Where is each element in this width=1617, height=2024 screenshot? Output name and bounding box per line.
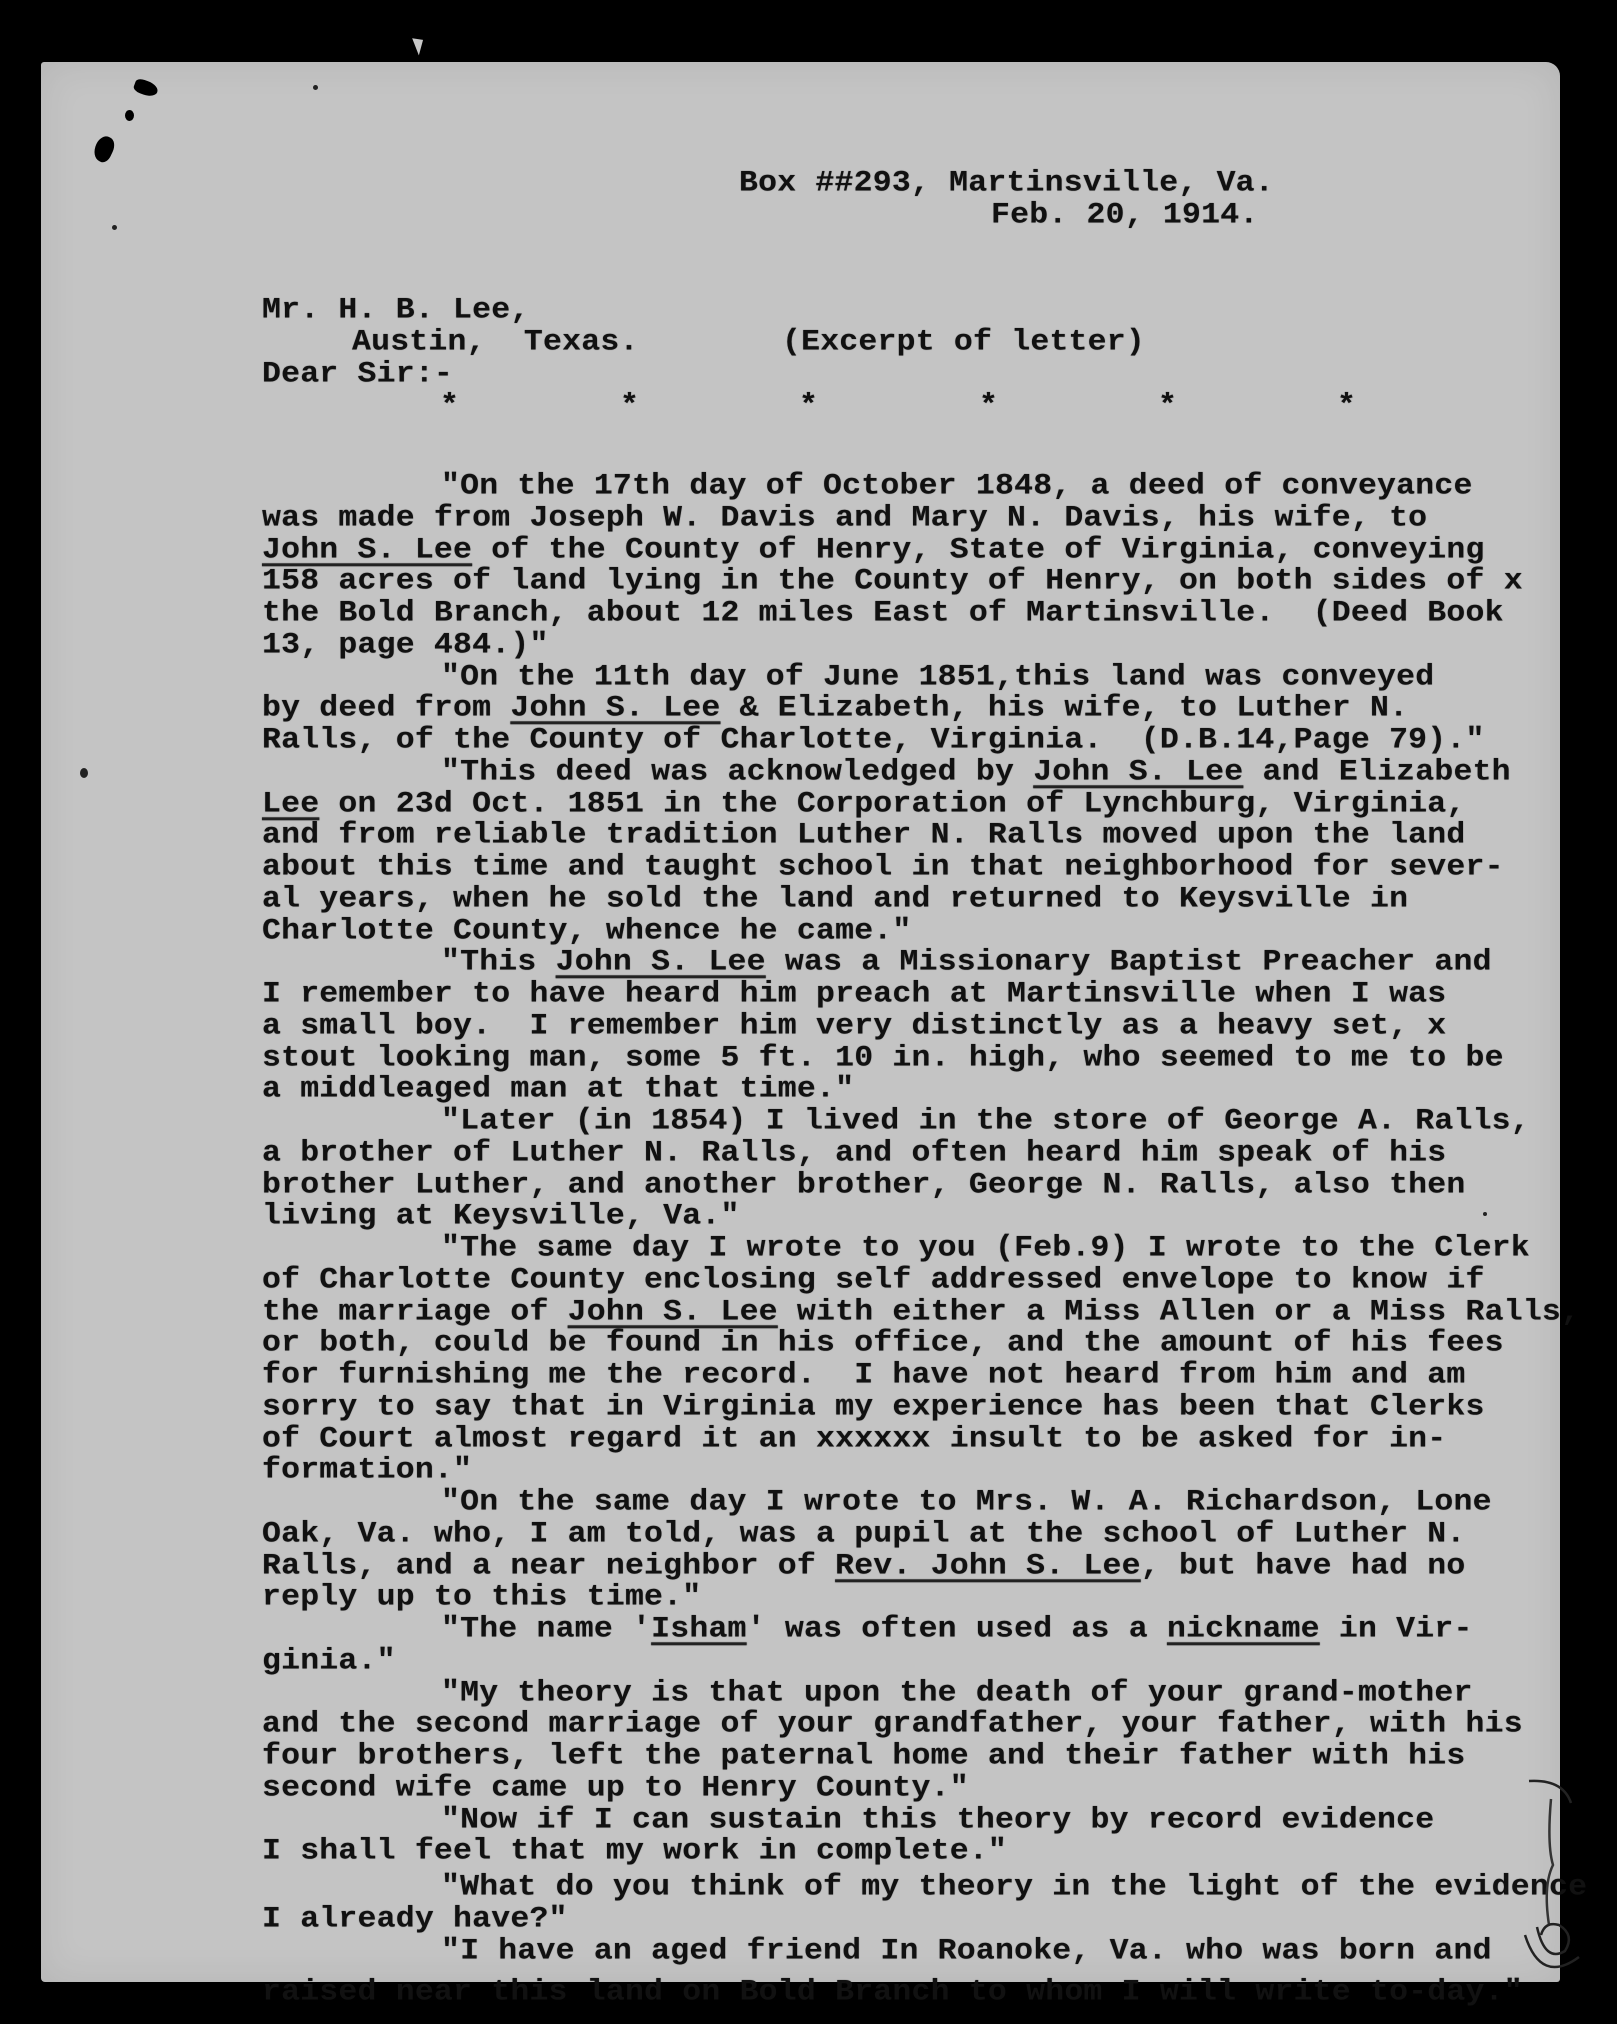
underlined-name: Lee: [262, 787, 319, 820]
letter-line: "This deed was acknowledged by John S. L…: [441, 758, 1511, 788]
line-text: was made from Joseph W. Davis and Mary N…: [262, 502, 1427, 535]
line-text: in Vir-: [1320, 1613, 1473, 1646]
letter-line: a brother of Luther N. Ralls, and often …: [262, 1139, 1446, 1169]
letter-line: Charlotte County, whence he came.": [262, 916, 912, 946]
line-text: "Later (in 1854) I lived in the store of…: [441, 1105, 1530, 1138]
separator-asterisk: *: [440, 392, 459, 422]
letter-line: "The name 'Isham' was often used as a ni…: [441, 1615, 1473, 1645]
line-text: "This deed was acknowledged by: [441, 756, 1033, 789]
letter-line: of Court almost regard it an xxxxxx insu…: [262, 1424, 1446, 1454]
letter-line: of Charlotte County enclosing self addre…: [262, 1266, 1485, 1296]
underlined-name: John S. Lee: [1033, 756, 1243, 789]
letter-line: John S. Lee of the County of Henry, Stat…: [262, 535, 1485, 565]
underlined-name: John S. Lee: [262, 533, 472, 566]
underlined-name: John S. Lee: [556, 946, 766, 979]
letter-line: by deed from John S. Lee & Elizabeth, hi…: [262, 694, 1408, 724]
letter-line: raised near this land on Bold Branch to …: [262, 1978, 1523, 2008]
line-text: a middleaged man at that time.": [262, 1073, 854, 1106]
letter-line: the Bold Branch, about 12 miles East of …: [262, 599, 1504, 629]
line-text: and Elizabeth: [1243, 756, 1510, 789]
letter-line: was made from Joseph W. Davis and Mary N…: [262, 504, 1427, 534]
letter-line: 13, page 484.)": [262, 631, 549, 661]
letter-line: I already have?": [262, 1905, 568, 1935]
line-text: a brother of Luther N. Ralls, and often …: [262, 1137, 1446, 1170]
letter-line: "The same day I wrote to you (Feb.9) I w…: [441, 1234, 1530, 1264]
line-text: "On the 17th day of October 1848, a deed…: [441, 470, 1473, 503]
line-text: al years, when he sold the land and retu…: [262, 883, 1408, 916]
separator-asterisk: *: [1158, 392, 1177, 422]
recipient-name: Mr. H. B. Lee,: [262, 296, 529, 326]
line-text: reply up to this time.": [262, 1581, 701, 1614]
line-text: ginia.": [262, 1645, 396, 1678]
line-text: stout looking man, some 5 ft. 10 in. hig…: [262, 1041, 1504, 1074]
line-text: "What do you think of my theory in the l…: [441, 1871, 1587, 1904]
line-text: Charlotte County, whence he came.": [262, 914, 912, 947]
line-text: "The name ': [441, 1613, 651, 1646]
ink-blot: [90, 133, 117, 164]
speck: [1483, 1212, 1487, 1216]
separator-asterisk: *: [620, 392, 639, 422]
line-text: 158 acres of land lying in the County of…: [262, 565, 1523, 598]
line-text: for furnishing me the record. I have not…: [262, 1359, 1466, 1392]
line-text: of Charlotte County enclosing self addre…: [262, 1264, 1485, 1297]
letter-line: four brothers, left the paternal home an…: [262, 1742, 1466, 1772]
line-text: four brothers, left the paternal home an…: [262, 1740, 1466, 1773]
line-text: the marriage of: [262, 1295, 568, 1328]
underlined-name: nickname: [1167, 1613, 1320, 1646]
letter-line: "This John S. Lee was a Missionary Bapti…: [441, 948, 1492, 978]
line-text: by deed from: [262, 692, 510, 725]
letter-line: Ralls, of the County of Charlotte, Virgi…: [262, 726, 1485, 756]
line-text: ' was often used as a: [747, 1613, 1167, 1646]
letter-line: or both, could be found in his office, a…: [262, 1329, 1504, 1359]
letter-line: "Now if I can sustain this theory by rec…: [441, 1805, 1434, 1835]
line-text: of Court almost regard it an xxxxxx insu…: [262, 1422, 1446, 1455]
letter-line: "I have an aged friend In Roanoke, Va. w…: [441, 1936, 1492, 1966]
line-text: the Bold Branch, about 12 miles East of …: [262, 597, 1504, 630]
line-text: I remember to have heard him preach at M…: [262, 978, 1446, 1011]
letter-line: about this time and taught school in tha…: [262, 853, 1504, 883]
letter-line: "Later (in 1854) I lived in the store of…: [441, 1107, 1530, 1137]
underlined-name: Isham: [651, 1613, 747, 1646]
letter-line: stout looking man, some 5 ft. 10 in. hig…: [262, 1043, 1504, 1073]
letter-line: living at Keysville, Va.": [262, 1202, 740, 1232]
line-text: a small boy. I remember him very distinc…: [262, 1010, 1446, 1043]
line-text: I shall feel that my work in complete.": [262, 1835, 1007, 1868]
line-text: of the County of Henry, State of Virgini…: [472, 533, 1484, 566]
line-text: "On the same day I wrote to Mrs. W. A. R…: [441, 1486, 1492, 1519]
letter-line: "My theory is that upon the death of you…: [441, 1678, 1473, 1708]
letter-date: Feb. 20, 1914.: [991, 201, 1258, 231]
line-text: brother Luther, and another brother, Geo…: [262, 1168, 1466, 1201]
letter-line: for furnishing me the record. I have not…: [262, 1361, 1466, 1391]
line-text: second wife came up to Henry County.": [262, 1772, 969, 1805]
letter-line: the marriage of John S. Lee with either …: [262, 1297, 1580, 1327]
line-text: was a Missionary Baptist Preacher and: [766, 946, 1492, 979]
line-text: Oak, Va. who, I am told, was a pupil at …: [262, 1518, 1466, 1551]
letter-line: and from reliable tradition Luther N. Ra…: [262, 821, 1466, 851]
line-text: and from reliable tradition Luther N. Ra…: [262, 819, 1466, 852]
line-text: , but have had no: [1141, 1549, 1466, 1582]
letter-line: brother Luther, and another brother, Geo…: [262, 1170, 1466, 1200]
line-text: formation.": [262, 1454, 472, 1487]
letter-line: I remember to have heard him preach at M…: [262, 980, 1446, 1010]
line-text: about this time and taught school in tha…: [262, 851, 1504, 884]
letter-line: ginia.": [262, 1647, 396, 1677]
ink-blot: [132, 77, 159, 98]
underlined-name: John S. Lee: [510, 692, 720, 725]
letter-line: 158 acres of land lying in the County of…: [262, 567, 1523, 597]
excerpt-note: (Excerpt of letter): [782, 328, 1145, 358]
line-text: "The same day I wrote to you (Feb.9) I w…: [441, 1232, 1530, 1265]
letter-line: "On the 11th day of June 1851,this land …: [441, 662, 1434, 692]
line-text: and the second marriage of your grandfat…: [262, 1708, 1523, 1741]
letter-line: "What do you think of my theory in the l…: [441, 1873, 1587, 1903]
letter-page: Box ##293, Martinsville, Va. Feb. 20, 19…: [41, 62, 1560, 1982]
letter-line: sorry to say that in Virginia my experie…: [262, 1393, 1485, 1423]
letter-line: Lee on 23d Oct. 1851 in the Corporation …: [262, 789, 1466, 819]
recipient-city: Austin, Texas.: [352, 328, 639, 358]
line-text: "This: [441, 946, 556, 979]
letter-line: and the second marriage of your grandfat…: [262, 1710, 1523, 1740]
sender-address: Box ##293, Martinsville, Va.: [739, 169, 1274, 199]
letter-line: I shall feel that my work in complete.": [262, 1837, 1007, 1867]
line-text: "My theory is that upon the death of you…: [441, 1676, 1473, 1709]
line-text: Ralls, of the County of Charlotte, Virgi…: [262, 724, 1485, 757]
speck: [112, 225, 117, 230]
line-text: or both, could be found in his office, a…: [262, 1327, 1504, 1360]
speck: [80, 768, 88, 778]
line-text: sorry to say that in Virginia my experie…: [262, 1391, 1485, 1424]
line-text: on 23d Oct. 1851 in the Corporation of L…: [319, 787, 1465, 820]
ink-blot: [125, 110, 134, 121]
letter-line: Ralls, and a near neighbor of Rev. John …: [262, 1551, 1466, 1581]
over-annotation-icon: [1523, 1775, 1583, 1985]
speck: [313, 85, 318, 90]
underlined-name: Rev. John S. Lee: [835, 1549, 1141, 1582]
letter-line: second wife came up to Henry County.": [262, 1774, 969, 1804]
letter-line: a small boy. I remember him very distinc…: [262, 1012, 1446, 1042]
letter-line: "On the same day I wrote to Mrs. W. A. R…: [441, 1488, 1492, 1518]
separator-asterisk: *: [979, 392, 998, 422]
line-text: "I have an aged friend In Roanoke, Va. w…: [441, 1934, 1492, 1967]
line-text: 13, page 484.)": [262, 629, 549, 662]
paper-corner-fragment: [410, 38, 423, 55]
line-text: & Elizabeth, his wife, to Luther N.: [720, 692, 1408, 725]
letter-line: "On the 17th day of October 1848, a deed…: [441, 472, 1473, 502]
salutation: Dear Sir:-: [262, 360, 453, 390]
separator-asterisk: *: [799, 392, 818, 422]
separator-asterisk: *: [1337, 392, 1356, 422]
line-text: living at Keysville, Va.": [262, 1200, 740, 1233]
line-text: Ralls, and a near neighbor of: [262, 1549, 835, 1582]
line-text: raised near this land on Bold Branch to …: [262, 1976, 1523, 2009]
letter-line: a middleaged man at that time.": [262, 1075, 854, 1105]
letter-line: al years, when he sold the land and retu…: [262, 885, 1408, 915]
line-text: I already have?": [262, 1903, 568, 1936]
line-text: "Now if I can sustain this theory by rec…: [441, 1803, 1434, 1836]
line-text: with either a Miss Allen or a Miss Ralls…: [778, 1295, 1580, 1328]
underlined-name: John S. Lee: [568, 1295, 778, 1328]
letter-line: formation.": [262, 1456, 472, 1486]
letter-line: Oak, Va. who, I am told, was a pupil at …: [262, 1520, 1466, 1550]
line-text: "On the 11th day of June 1851,this land …: [441, 660, 1434, 693]
letter-line: reply up to this time.": [262, 1583, 701, 1613]
